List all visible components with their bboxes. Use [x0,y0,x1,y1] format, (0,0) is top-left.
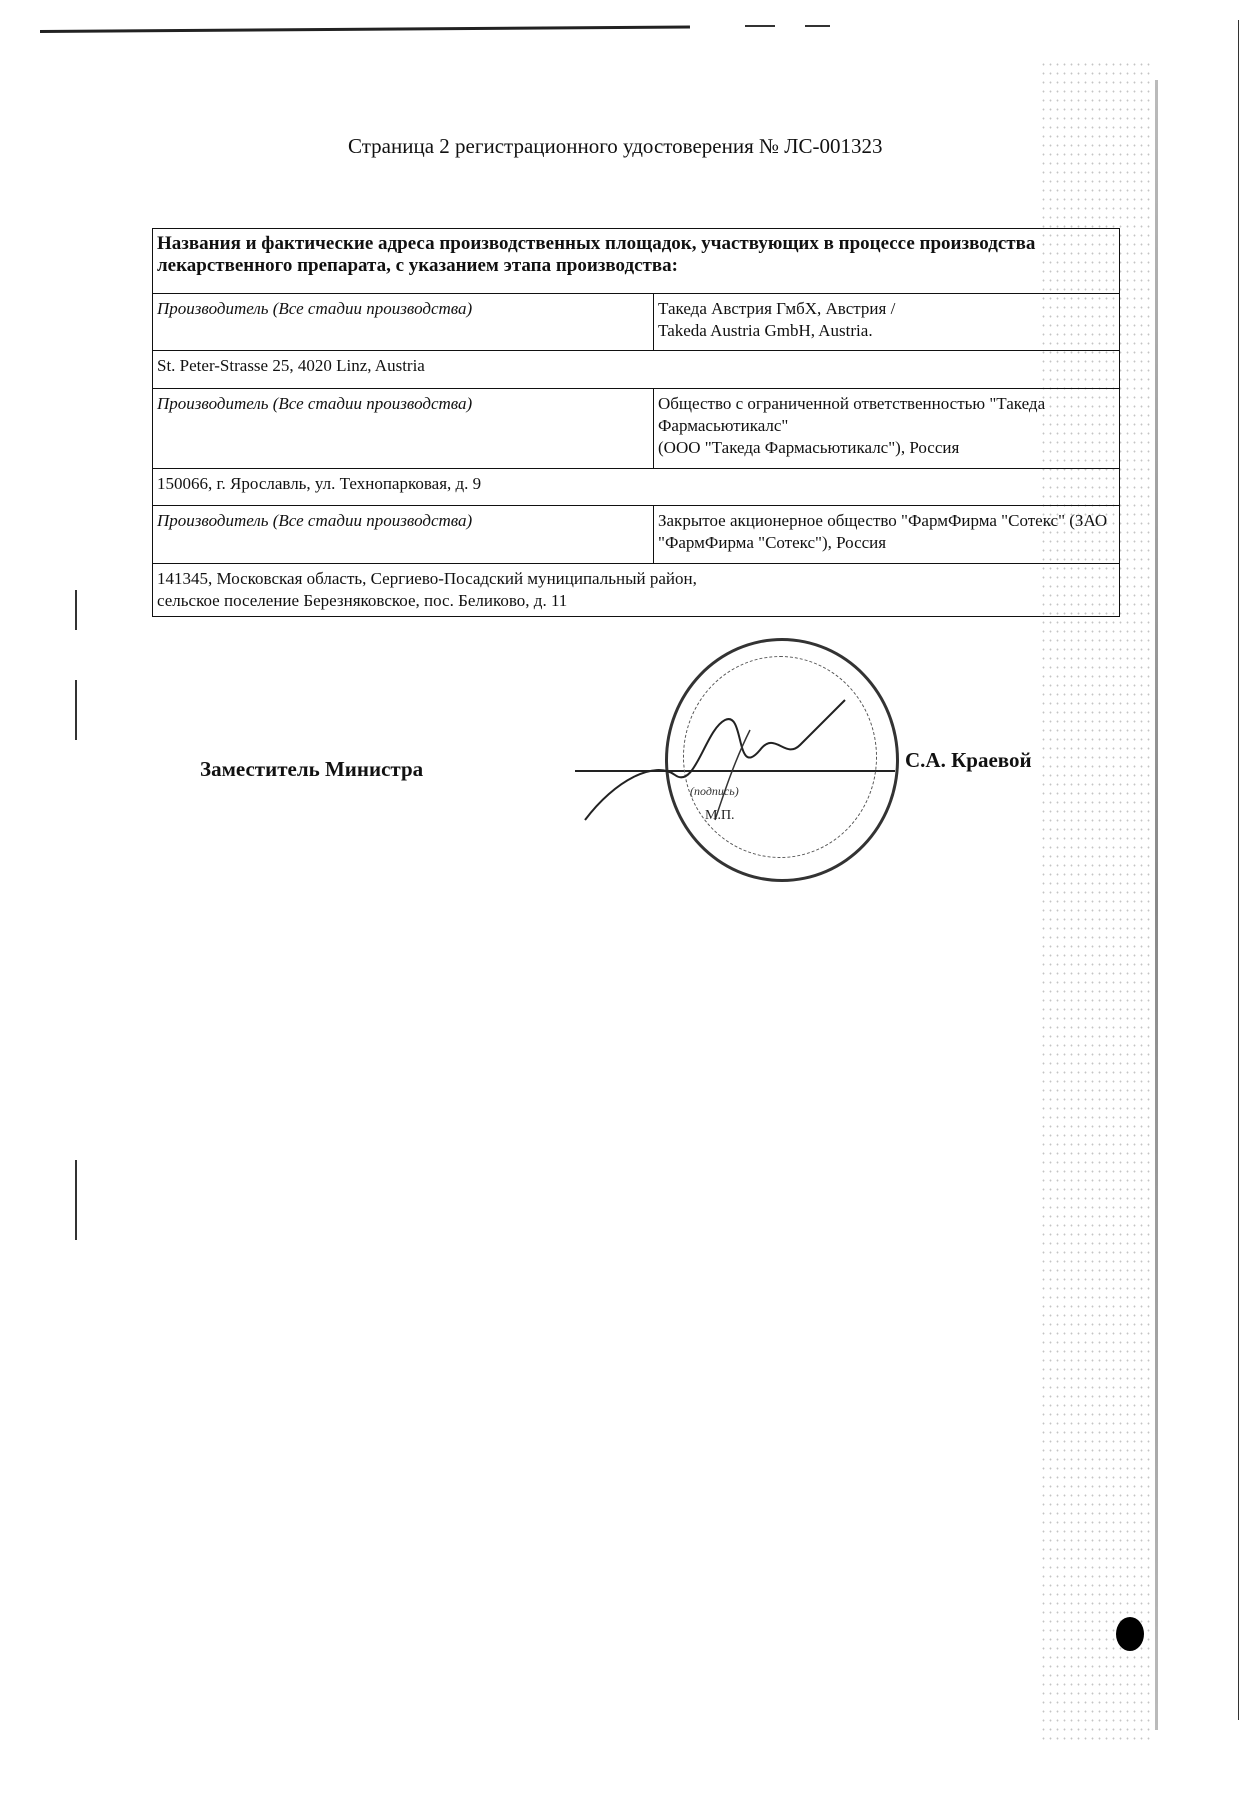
hole-punch-mark [1116,1617,1144,1651]
table-row: Производитель (Все стадии производства) … [153,506,1120,564]
scan-mark [745,25,775,27]
manufacturer-address: 141345, Московская область, Сергиево-Пос… [153,564,1120,617]
page-edge [1238,20,1239,1720]
scan-mark [75,1160,77,1240]
manufacturer-role: Производитель (Все стадии производства) [153,294,654,351]
manufacturer-role: Производитель (Все стадии производства) [153,389,654,469]
scan-mark [75,590,77,630]
page-edge [1155,80,1158,1730]
table-row: 150066, г. Ярославль, ул. Технопарковая,… [153,469,1120,506]
table-row: Производитель (Все стадии производства) … [153,389,1120,469]
manufacturer-company: Такеда Австрия ГмбХ, Австрия / Takeda Au… [654,294,1120,351]
scan-edge-line [40,25,690,33]
page-title: Страница 2 регистрационного удостоверени… [348,134,883,159]
seal-label: М.П. [705,808,735,824]
scan-mark [75,680,77,740]
table-row: St. Peter-Strasse 25, 4020 Linz, Austria [153,351,1120,389]
manufacturer-address: St. Peter-Strasse 25, 4020 Linz, Austria [153,351,1120,389]
table-header-row: Названия и фактические адреса производст… [153,229,1120,294]
signatory-title: Заместитель Министра [200,757,423,782]
scan-mark [805,25,830,27]
signature-caption: (подпись) [690,784,739,799]
table-header: Названия и фактические адреса производст… [153,229,1120,294]
table-row: Производитель (Все стадии производства) … [153,294,1120,351]
manufacturer-company: Закрытое акционерное общество "ФармФирма… [654,506,1120,564]
manufacturer-company: Общество с ограниченной ответственностью… [654,389,1120,469]
manufacturer-role: Производитель (Все стадии производства) [153,506,654,564]
signatory-name: С.А. Краевой [905,748,1032,773]
manufacturer-address: 150066, г. Ярославль, ул. Технопарковая,… [153,469,1120,506]
handwritten-signature-icon [575,690,915,830]
table-row: 141345, Московская область, Сергиево-Пос… [153,564,1120,617]
production-sites-table: Названия и фактические адреса производст… [152,228,1120,617]
